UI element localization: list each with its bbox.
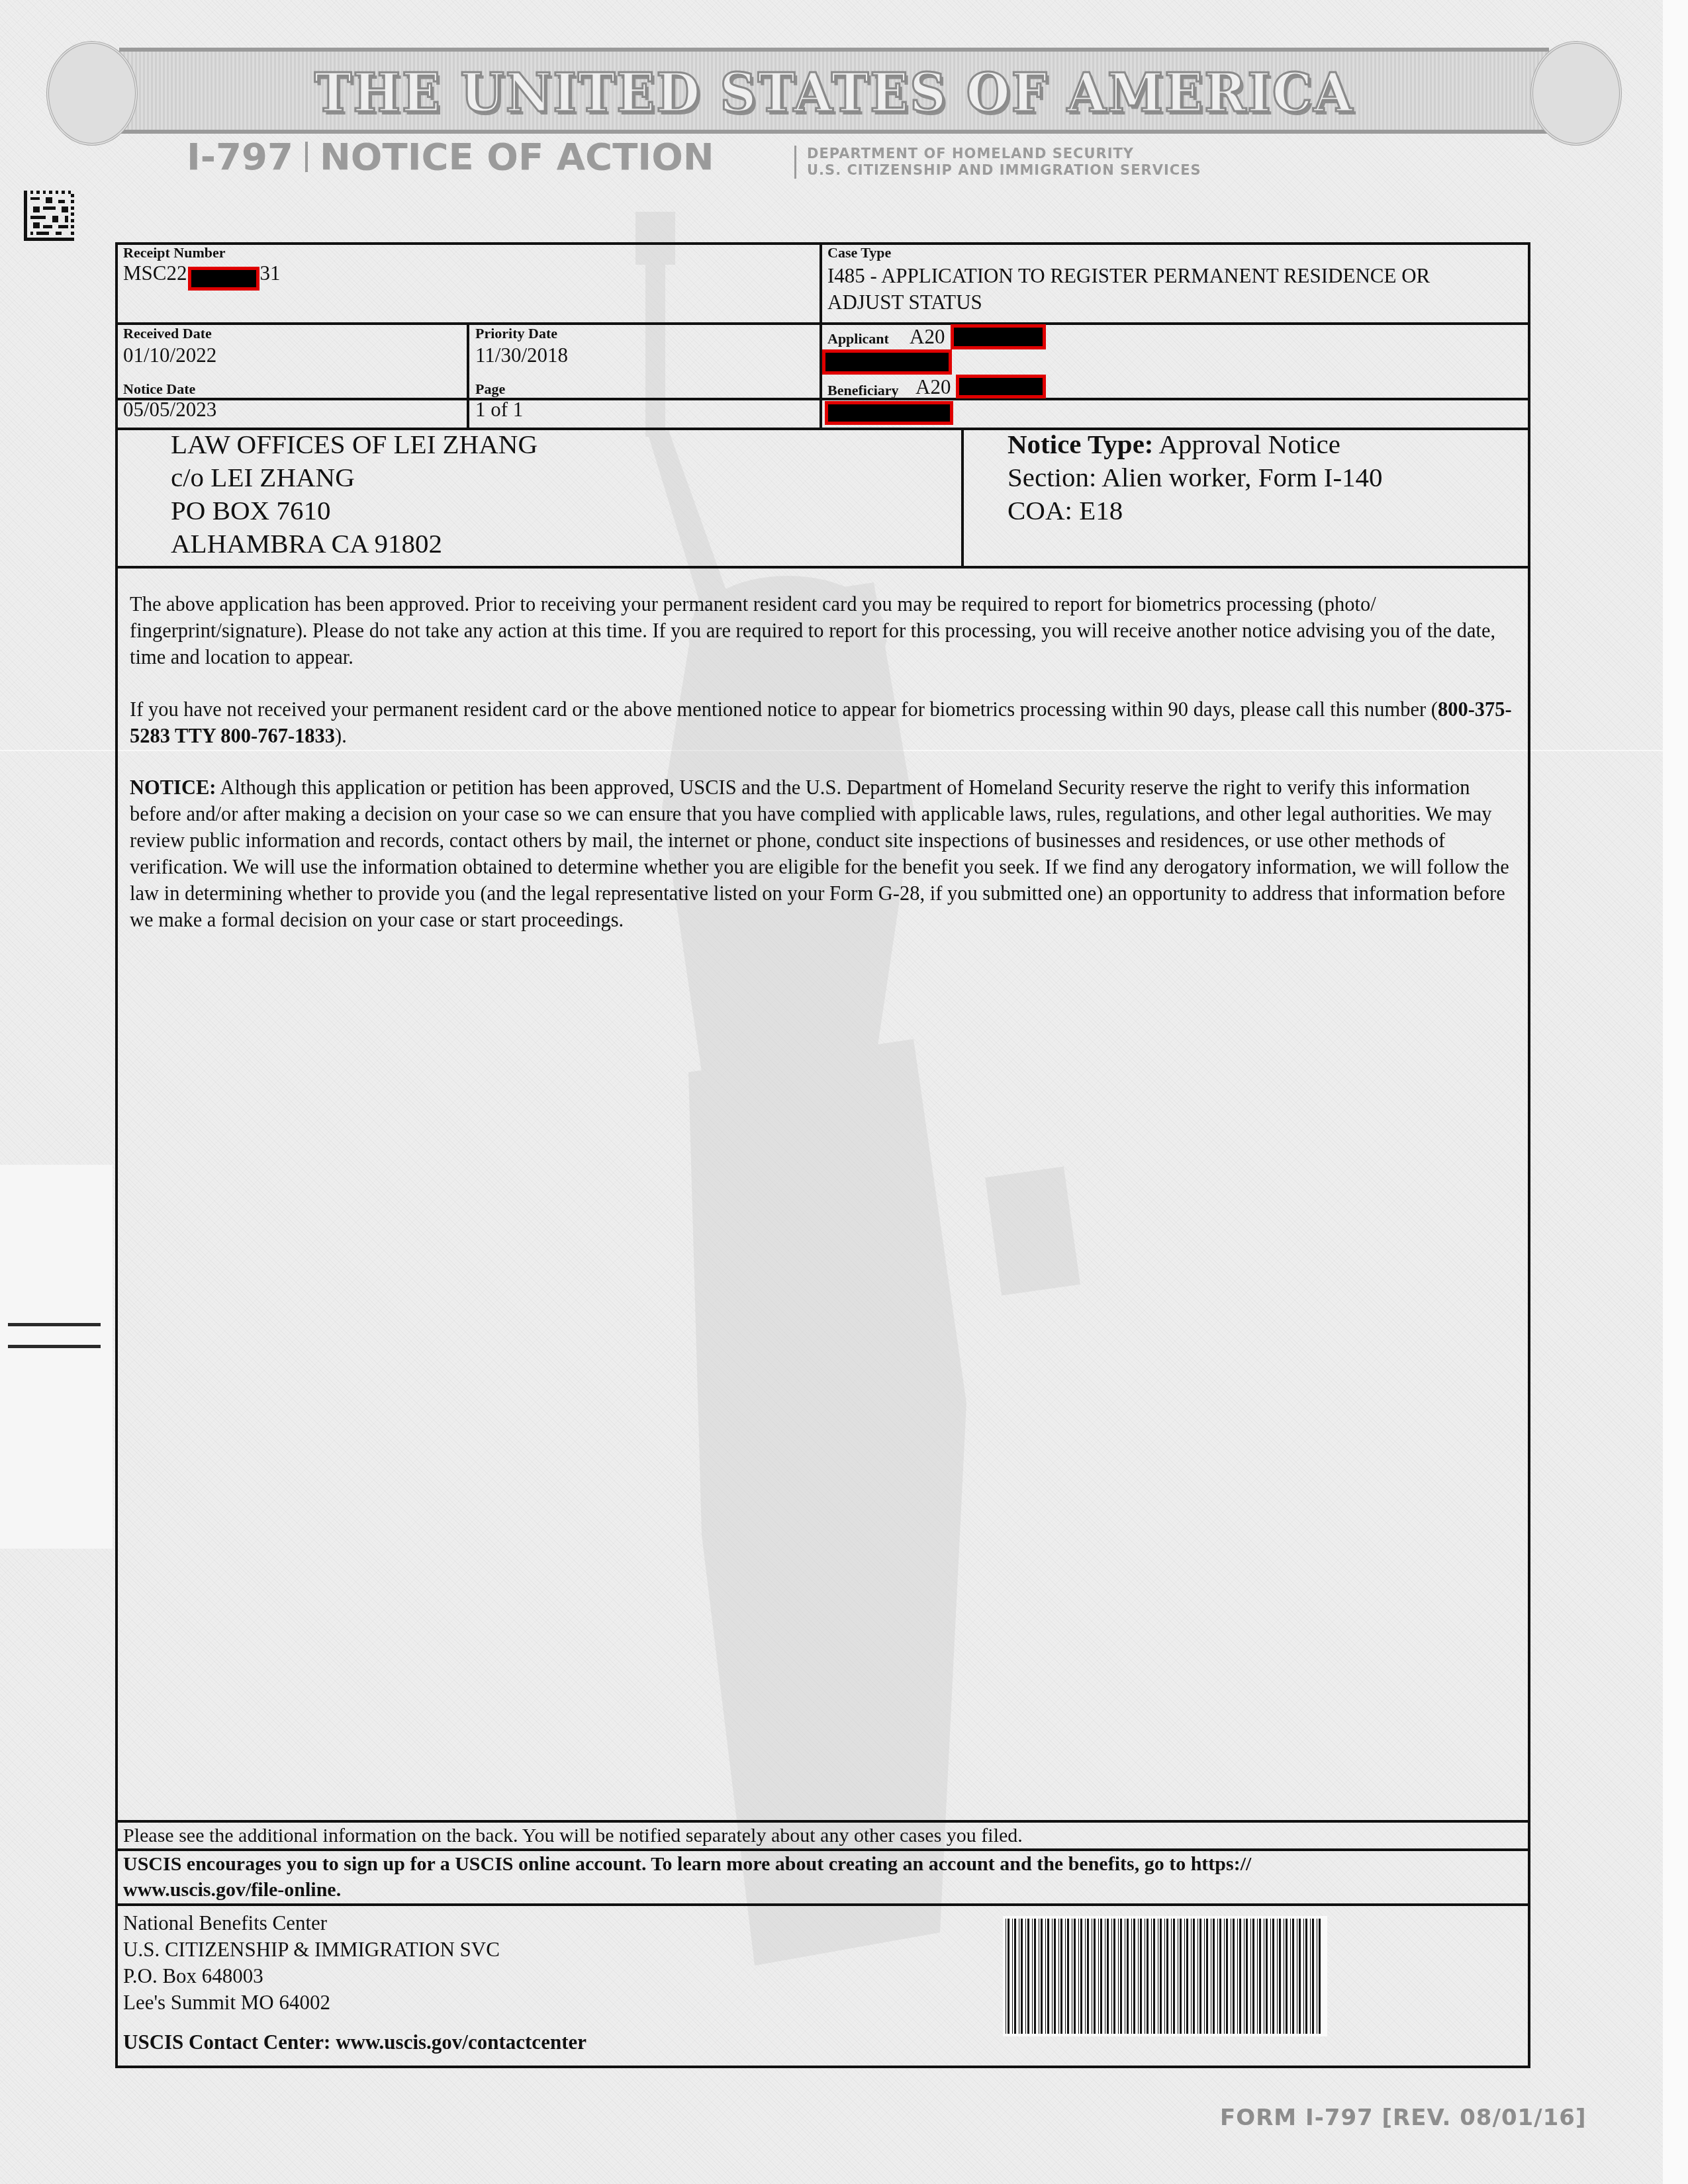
applicant-label: Applicant — [827, 331, 889, 347]
table-divider — [115, 398, 1530, 400]
mailing-address: LAW OFFICES OF LEI ZHANG c/o LEI ZHANG P… — [171, 428, 538, 560]
office-line: Lee's Summit MO 64002 — [123, 1989, 586, 2016]
divider — [305, 142, 308, 172]
notice-date-value: 05/05/2023 — [123, 397, 216, 422]
form-heading: I-797NOTICE OF ACTION — [187, 136, 714, 179]
notice-paragraph: NOTICE: Although this application or pet… — [130, 774, 1517, 933]
redaction-block — [822, 349, 952, 375]
datamatrix-code-icon — [24, 191, 74, 241]
banner-title: THE UNITED STATES OF AMERICA — [132, 62, 1536, 124]
online-account-link[interactable]: www.uscis.gov/file-online. — [123, 1877, 341, 1903]
contact-center-link[interactable]: USCIS Contact Center: www.uscis.gov/cont… — [123, 2029, 586, 2056]
table-divider — [820, 242, 822, 429]
barcode-icon — [1003, 1916, 1327, 2036]
scroll-ornament-icon — [46, 41, 138, 146]
agency-line-2: U.S. CITIZENSHIP AND IMMIGRATION SERVICE… — [807, 162, 1201, 179]
national-banner: THE UNITED STATES OF AMERICA — [46, 41, 1622, 140]
page-value: 1 of 1 — [475, 397, 523, 422]
received-date-value: 01/10/2022 — [123, 343, 216, 368]
additional-info-note: Please see the additional information on… — [123, 1823, 1023, 1849]
scan-artifact — [0, 1165, 113, 1549]
notice-type-value: Approval Notice — [1159, 429, 1340, 459]
scroll-ornament-icon — [1530, 41, 1622, 146]
scan-margin — [1663, 0, 1688, 2184]
notice-date-label: Notice Date — [123, 381, 195, 397]
case-type-value: I485 - APPLICATION TO REGISTER PERMANENT… — [827, 263, 1430, 289]
address-line: ALHAMBRA CA 91802 — [171, 527, 538, 560]
redaction-block — [951, 324, 1046, 349]
beneficiary-label: Beneficiary — [827, 383, 899, 398]
form-number: I-797 — [187, 136, 293, 179]
table-divider — [961, 428, 964, 569]
table-divider — [467, 324, 469, 429]
notice-label: NOTICE: — [130, 776, 216, 799]
received-date-label: Received Date — [123, 326, 212, 341]
notice-type-block: Notice Type: Approval Notice Section: Al… — [1008, 428, 1383, 527]
address-line: PO BOX 7610 — [171, 494, 538, 527]
form-title: NOTICE OF ACTION — [320, 136, 714, 179]
redaction-block — [188, 267, 259, 291]
office-line: P.O. Box 648003 — [123, 1963, 586, 1989]
page-label: Page — [475, 381, 505, 397]
agency-name: DEPARTMENT OF HOMELAND SECURITY U.S. CIT… — [794, 146, 1201, 179]
agency-line-1: DEPARTMENT OF HOMELAND SECURITY — [807, 146, 1201, 162]
approval-paragraph: The above application has been approved.… — [130, 591, 1517, 670]
case-type-value-line2: ADJUST STATUS — [827, 290, 982, 315]
biometrics-paragraph: If you have not received your permanent … — [130, 696, 1517, 749]
scan-mark — [8, 1323, 101, 1326]
office-line: National Benefits Center — [123, 1910, 586, 1936]
address-line: LAW OFFICES OF LEI ZHANG — [171, 428, 538, 461]
redaction-block — [825, 401, 953, 425]
online-account-note: USCIS encourages you to sign up for a US… — [123, 1851, 1251, 1878]
applicant-a-number: A20 — [910, 324, 945, 349]
beneficiary-a-number: A20 — [915, 375, 951, 400]
notice-coa: COA: E18 — [1008, 494, 1383, 527]
address-line: c/o LEI ZHANG — [171, 461, 538, 494]
office-line: U.S. CITIZENSHIP & IMMIGRATION SVC — [123, 1936, 586, 1963]
table-divider — [115, 322, 1530, 325]
priority-date-label: Priority Date — [475, 326, 557, 341]
form-revision: FORM I-797 [REV. 08/01/16] — [1220, 2105, 1587, 2131]
receipt-number-label: Receipt Number — [123, 245, 226, 261]
scan-mark — [8, 1345, 101, 1348]
case-type-label: Case Type — [827, 245, 891, 261]
notice-section: Section: Alien worker, Form I-140 — [1008, 461, 1383, 494]
service-center-address: National Benefits Center U.S. CITIZENSHI… — [123, 1901, 586, 2056]
priority-date-value: 11/30/2018 — [475, 343, 568, 368]
redaction-block — [956, 375, 1046, 398]
notice-type-label: Notice Type: — [1008, 429, 1154, 459]
